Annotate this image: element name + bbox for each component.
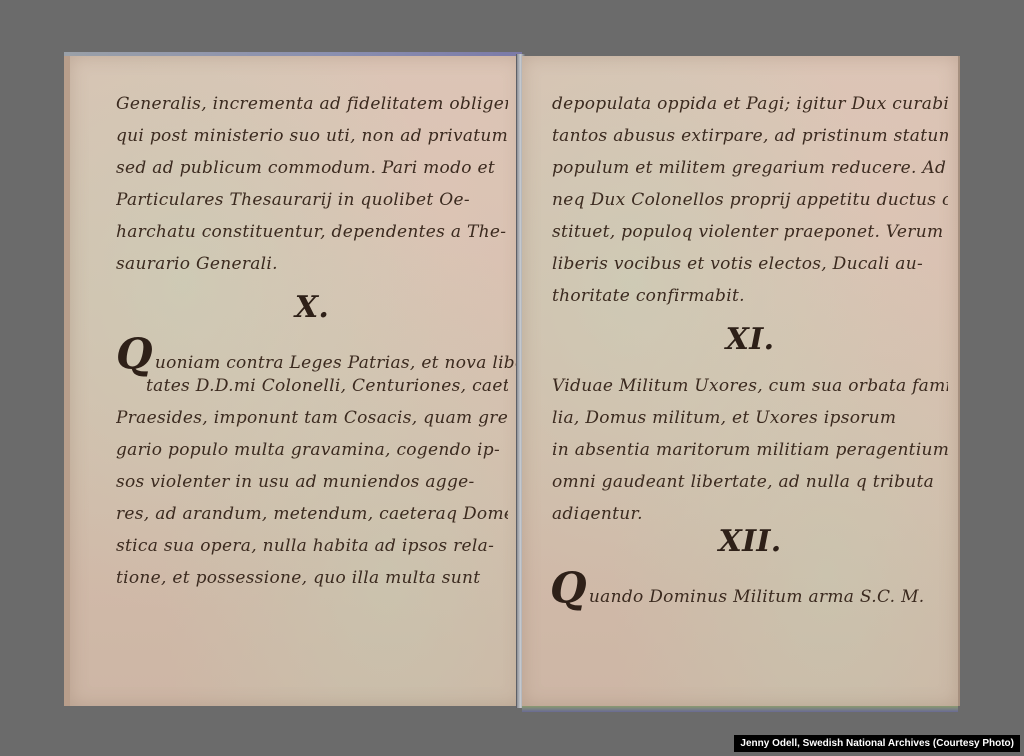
photo-credit-caption: Jenny Odell, Swedish National Archives (… bbox=[734, 735, 1020, 752]
text-line: neq Dux Colonellos proprij appetitu duct… bbox=[552, 184, 948, 216]
text-line: Praesides, imponunt tam Cosacis, quam gr… bbox=[116, 402, 508, 434]
drop-cap: Q bbox=[550, 572, 587, 604]
text-line: depopulata oppida et Pagi; igitur Dux cu… bbox=[552, 88, 948, 120]
text-line: saurario Generali. bbox=[116, 248, 508, 280]
text-line: in absentia maritorum militiam peragenti… bbox=[552, 434, 948, 466]
text-line: gario populo multa gravamina, cogendo ip… bbox=[116, 434, 508, 466]
text-line-content: uando Dominus Militum arma S.C. M. bbox=[589, 587, 925, 607]
text-line: tione, et possessione, quo illa multa su… bbox=[116, 562, 508, 594]
text-line: populum et militem gregarium reducere. A… bbox=[552, 152, 948, 184]
text-line: Viduae Militum Uxores, cum sua orbata fa… bbox=[552, 370, 948, 402]
section-heading-xi: XI. bbox=[552, 318, 948, 362]
text-line: lia, Domus militum, et Uxores ipsorum bbox=[552, 402, 948, 434]
text-line: thoritate confirmabit. bbox=[552, 280, 948, 312]
text-line: qui post ministerio suo uti, non ad priv… bbox=[116, 120, 508, 152]
text-line: stica sua opera, nulla habita ad ipsos r… bbox=[116, 530, 508, 562]
text-line: liberis vocibus et votis electos, Ducali… bbox=[552, 248, 948, 280]
text-line: sed ad publicum commodum. Pari modo et bbox=[116, 152, 508, 184]
text-line: res, ad arandum, metendum, caeteraq Dome… bbox=[116, 498, 508, 530]
text-line: stituet, populoq violenter praeponet. Ve… bbox=[552, 216, 948, 248]
text-line: tantos abusus extirpare, ad pristinum st… bbox=[552, 120, 948, 152]
text-line: Quoniam contra Leges Patrias, et nova li… bbox=[116, 338, 508, 370]
text-line: Particulares Thesaurarij in quolibet Oe- bbox=[116, 184, 508, 216]
right-page-text: depopulata oppida et Pagi; igitur Dux cu… bbox=[552, 88, 948, 604]
text-line: Generalis, incrementa ad fidelitatem obl… bbox=[116, 88, 508, 120]
manuscript-spread: Generalis, incrementa ad fidelitatem obl… bbox=[64, 56, 960, 708]
text-line: omni gaudeant libertate, ad nulla q trib… bbox=[552, 466, 948, 498]
section-heading-xii: XII. bbox=[552, 520, 948, 564]
drop-cap: Q bbox=[116, 338, 153, 370]
text-line: tates D.D.mi Colonelli, Centuriones, cae… bbox=[116, 370, 508, 402]
text-line: Quando Dominus Militum arma S.C. M. bbox=[552, 572, 948, 604]
text-line: harchatu constituentur, dependentes a Th… bbox=[116, 216, 508, 248]
text-line: sos violenter in usu ad muniendos agge- bbox=[116, 466, 508, 498]
text-line: adigentur. bbox=[552, 498, 948, 520]
right-page: depopulata oppida et Pagi; igitur Dux cu… bbox=[522, 56, 960, 706]
left-page: Generalis, incrementa ad fidelitatem obl… bbox=[64, 56, 522, 706]
left-page-text: Generalis, incrementa ad fidelitatem obl… bbox=[116, 88, 508, 594]
section-heading-x: X. bbox=[116, 286, 508, 330]
